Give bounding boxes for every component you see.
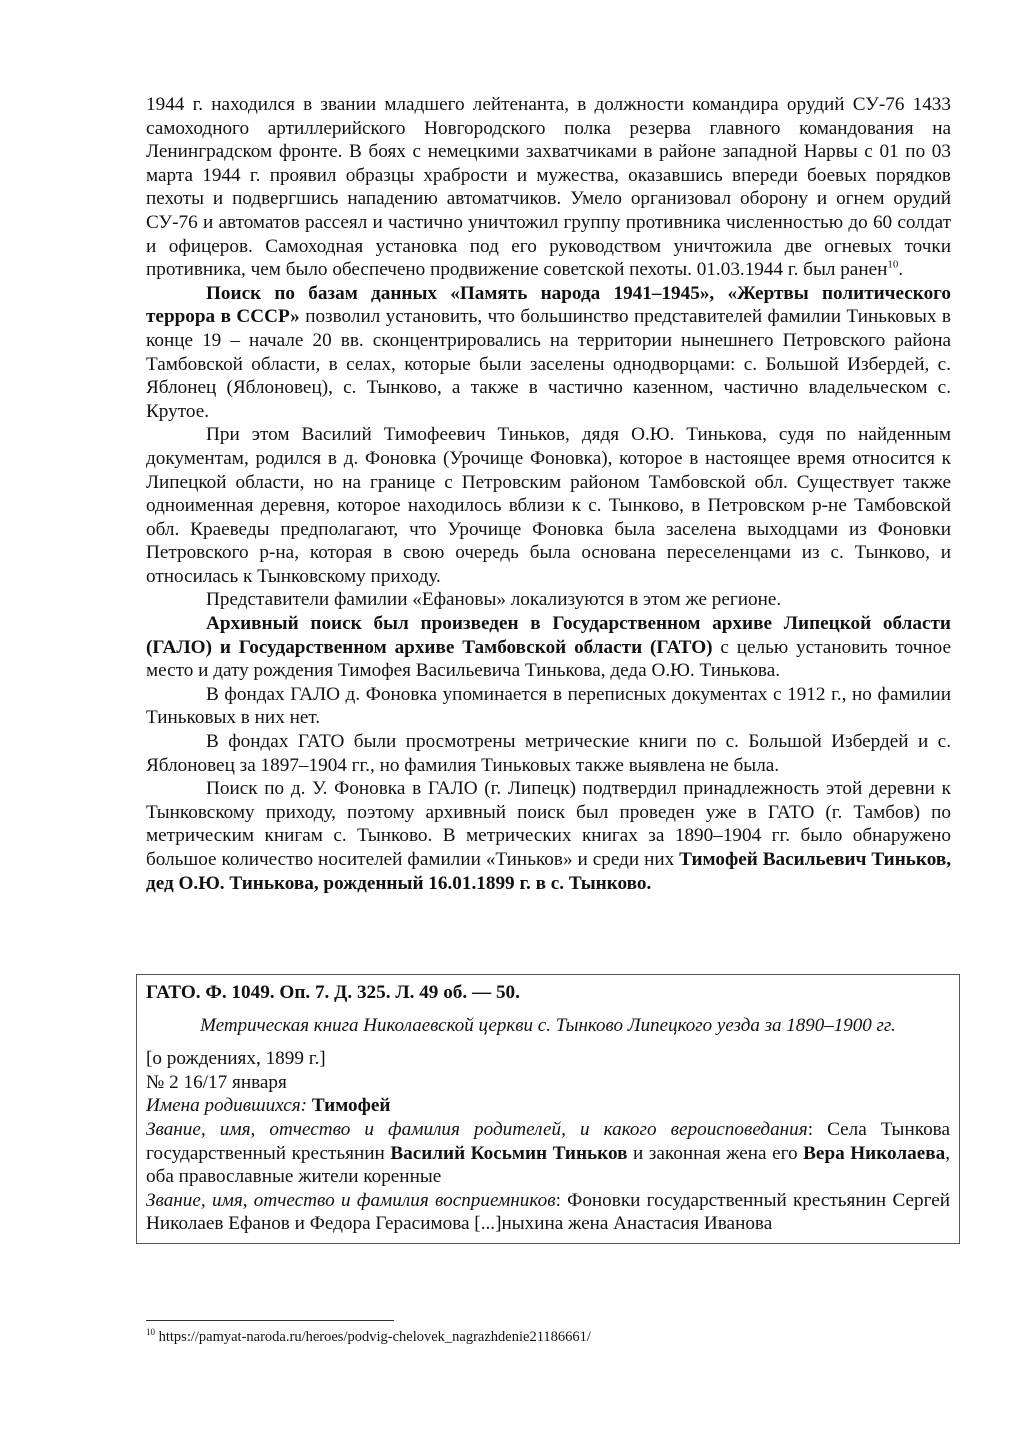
text: В фондах ГАТО были просмотрены метрическ… [146, 731, 951, 776]
archive-entry-line: Имена родившихся: Тимофей [146, 1094, 950, 1118]
paragraph: В фондах ГАЛО д. Фоновка упоминается в п… [146, 683, 951, 730]
archive-entry-line: Звание, имя, отчество и фамилия родителе… [146, 1118, 950, 1189]
paragraph: Представители фамилии «Ефановы» локализу… [146, 588, 951, 612]
field-label: Звание, имя, отчество и фамилия родителе… [146, 1119, 808, 1140]
footnote-divider [146, 1320, 394, 1321]
archive-reference: ГАТО. Ф. 1049. Оп. 7. Д. 325. Л. 49 об. … [146, 981, 950, 1005]
paragraph: Архивный поиск был произведен в Государс… [146, 612, 951, 683]
archive-entry-line: № 2 16/17 января [146, 1071, 950, 1095]
bold-text: Василий Косьмин Тиньков [390, 1143, 627, 1164]
archive-entry-line: [о рождениях, 1899 г.] [146, 1047, 950, 1071]
text: В фондах ГАЛО д. Фоновка упоминается в п… [146, 684, 951, 729]
bold-text: Тимофей [312, 1095, 391, 1116]
field-label: Имена родившихся: [146, 1095, 307, 1116]
field-label: Звание, имя, отчество и фамилия восприем… [146, 1190, 556, 1211]
archive-entry-line: Звание, имя, отчество и фамилия восприем… [146, 1189, 950, 1236]
bold-text: Вера Николаева [803, 1143, 945, 1164]
text: Представители фамилии «Ефановы» локализу… [206, 589, 781, 610]
archive-entry-lines: [о рождениях, 1899 г.]№ 2 16/17 январяИм… [146, 1047, 950, 1236]
paragraph: Поиск по д. У. Фоновка в ГАЛО (г. Липецк… [146, 777, 951, 895]
text: и законная жена его [627, 1143, 803, 1164]
text: 1944 г. находился в звании младшего лейт… [146, 94, 951, 280]
paragraph: При этом Василий Тимофеевич Тиньков, дяд… [146, 423, 951, 588]
footnote-number: 10 [146, 1327, 155, 1337]
footnote: 10 https://pamyat-naroda.ru/heroes/podvi… [146, 1328, 591, 1346]
footnote-link[interactable]: https://pamyat-naroda.ru/heroes/podvig-c… [159, 1329, 591, 1345]
footnote-ref[interactable]: 10 [887, 259, 898, 271]
paragraph: Поиск по базам данных «Память народа 194… [146, 282, 951, 424]
document-body: 1944 г. находился в звании младшего лейт… [146, 93, 951, 895]
text: При этом Василий Тимофеевич Тиньков, дяд… [146, 424, 951, 587]
paragraph: 1944 г. находился в звании младшего лейт… [146, 93, 951, 282]
paragraph: В фондах ГАТО были просмотрены метрическ… [146, 730, 951, 777]
archive-source-title: Метрическая книга Николаевской церкви с.… [146, 1014, 950, 1038]
text: № 2 16/17 января [146, 1072, 287, 1093]
text: . [898, 259, 903, 280]
archive-citation-box: ГАТО. Ф. 1049. Оп. 7. Д. 325. Л. 49 об. … [136, 974, 960, 1244]
text: [о рождениях, 1899 г.] [146, 1048, 326, 1069]
